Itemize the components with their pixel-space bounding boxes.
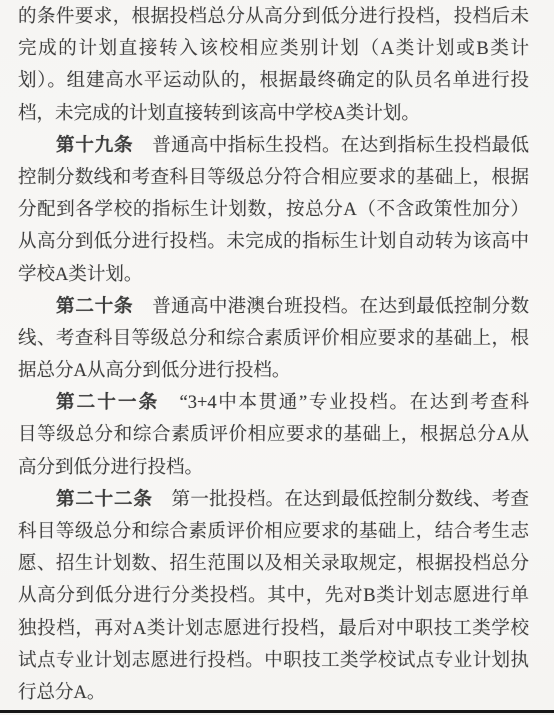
text-segment: 线、考查科目等级总分和综合素质评价相应要求的基础上，根: [18, 329, 529, 349]
text-line: 完成的计划直接转入该校相应类别计划（A类计划或B类计: [18, 33, 529, 65]
text-line: 据总分A从高分到低分进行投档。: [18, 355, 529, 387]
text-segment: 第一批投档。在达到最低控制分数线、考查: [153, 490, 529, 510]
text-segment: 高分到低分进行投档。: [18, 458, 203, 478]
text-line: 独投档，再对A类计划志愿进行投档，最后对中职技工类学校: [18, 613, 529, 645]
text-segment: “3+4中本贯通”专业投档。在达到考查科: [159, 393, 529, 413]
text-line: 线、考查科目等级总分和综合素质评价相应要求的基础上，根: [18, 323, 529, 355]
text-line: 档，未完成的计划直接转到该高中学校A类计划。: [18, 98, 529, 130]
article-number: 第二十二条: [56, 490, 153, 510]
text-segment: 档，未完成的计划直接转到该高中学校A类计划。: [18, 104, 420, 124]
text-line: 第二十条 普通高中港澳台班投档。在达到最低控制分数: [18, 291, 529, 323]
text-segment: 完成的计划直接转入该校相应类别计划（A类计划或B类计: [18, 39, 529, 59]
text-segment: 科目等级总分和综合素质评价相应要求的基础上，结合考生志: [18, 522, 529, 542]
text-line: 行总分A。: [18, 677, 529, 709]
text-line: 从高分到低分进行投档。未完成的指标生计划自动转为该高中: [18, 226, 529, 258]
document-text: 的条件要求，根据投档总分从高分到低分进行投档，投档后未完成的计划直接转入该校相应…: [18, 1, 529, 709]
text-line: 从高分到低分进行分类投档。其中，先对B类计划志愿进行单: [18, 580, 529, 612]
text-line: 目等级总分和综合素质评价相应要求的基础上，根据总分A从: [18, 419, 529, 451]
text-segment: 独投档，再对A类计划志愿进行投档，最后对中职技工类学校: [18, 619, 529, 639]
text-segment: 据总分A从高分到低分进行投档。: [18, 361, 290, 381]
article-number: 第十九条: [56, 136, 133, 156]
text-line: 高分到低分进行投档。: [18, 452, 529, 484]
text-line: 划）。组建高水平运动队的，根据最终确定的队员名单进行投: [18, 65, 529, 97]
text-segment: 从高分到低分进行分类投档。其中，先对B类计划志愿进行单: [18, 586, 529, 606]
text-segment: 行总分A。: [18, 683, 105, 703]
text-line: 科目等级总分和综合素质评价相应要求的基础上，结合考生志: [18, 516, 529, 548]
text-line: 第二十二条 第一批投档。在达到最低控制分数线、考查: [18, 484, 529, 516]
text-segment: 控制分数线和考查科目等级总分符合相应要求的基础上，根据: [18, 168, 529, 188]
text-segment: 从高分到低分进行投档。未完成的指标生计划自动转为该高中: [18, 232, 529, 252]
text-segment: 普通高中指标生投档。在达到指标生投档最低: [133, 136, 529, 156]
text-line: 试点专业计划志愿进行投档。中职技工类学校试点专业计划执: [18, 645, 529, 677]
text-line: 学校A类计划。: [18, 259, 529, 291]
text-segment: 愿、招生计划数、招生范围以及相关录取规定，根据投档总分: [18, 554, 529, 574]
document-page: 的条件要求，根据投档总分从高分到低分进行投档，投档后未完成的计划直接转入该校相应…: [0, 0, 554, 715]
page-bottom-border: [0, 710, 554, 713]
text-segment: 普通高中港澳台班投档。在达到最低控制分数: [133, 297, 529, 317]
text-segment: 学校A类计划。: [18, 265, 142, 285]
text-line: 第二十一条 “3+4中本贯通”专业投档。在达到考查科: [18, 387, 529, 419]
text-line: 分配到各学校的指标生计划数，按总分A（不含政策性加分）: [18, 194, 529, 226]
text-line: 的条件要求，根据投档总分从高分到低分进行投档，投档后未: [18, 1, 529, 33]
article-number: 第二十条: [56, 297, 133, 317]
text-segment: 目等级总分和综合素质评价相应要求的基础上，根据总分A从: [18, 425, 529, 445]
article-number: 第二十一条: [56, 393, 159, 413]
text-segment: 试点专业计划志愿进行投档。中职技工类学校试点专业计划执: [18, 651, 529, 671]
text-segment: 划）。组建高水平运动队的，根据最终确定的队员名单进行投: [18, 71, 529, 91]
text-segment: 的条件要求，根据投档总分从高分到低分进行投档，投档后未: [18, 7, 529, 27]
text-line: 愿、招生计划数、招生范围以及相关录取规定，根据投档总分: [18, 548, 529, 580]
text-segment: 分配到各学校的指标生计划数，按总分A（不含政策性加分）: [18, 200, 529, 220]
text-line: 控制分数线和考查科目等级总分符合相应要求的基础上，根据: [18, 162, 529, 194]
text-line: 第十九条 普通高中指标生投档。在达到指标生投档最低: [18, 130, 529, 162]
